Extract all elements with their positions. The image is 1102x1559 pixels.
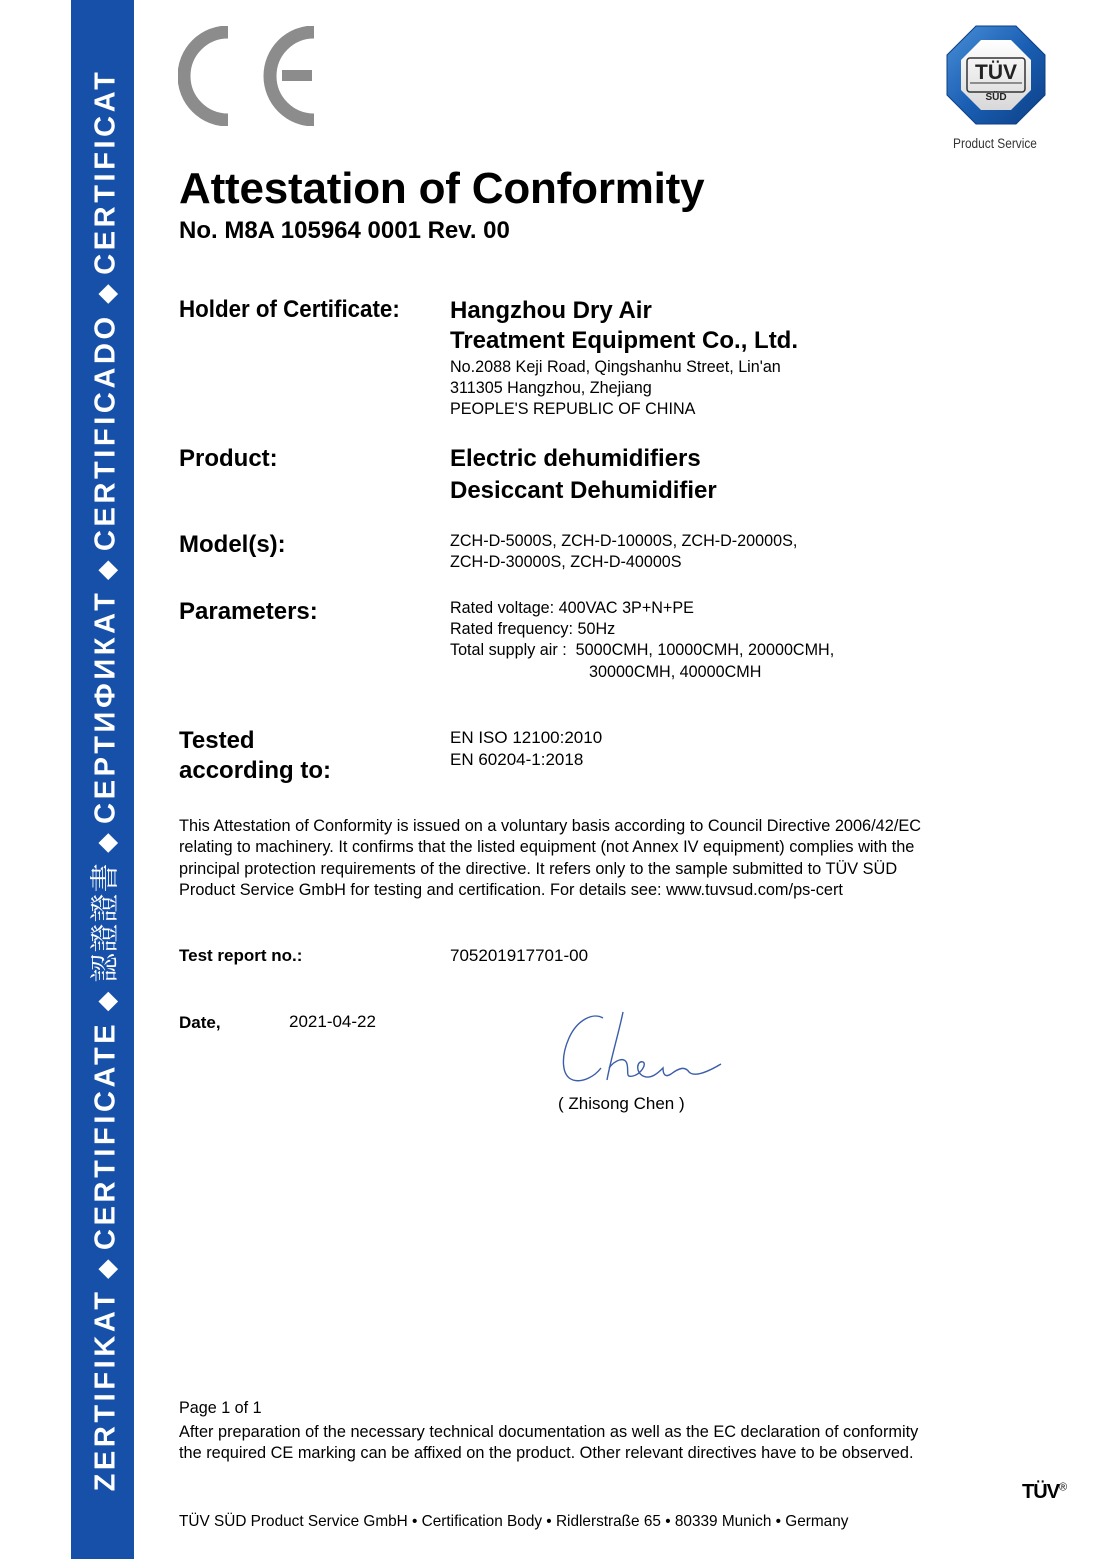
diamond-separator-icon: ◆ [93, 284, 120, 302]
diamond-separator-icon: ◆ [93, 561, 120, 579]
holder-address-line3: PEOPLE'S REPUBLIC OF CHINA [450, 398, 695, 419]
tested-label-line2: according to: [179, 757, 331, 785]
footer-tuv-logo: TÜV® [1022, 1481, 1067, 1504]
holder-address-line1: No.2088 Keji Road, Qingshanhu Street, Li… [450, 356, 781, 377]
parameters-supply-air: Total supply air : 5000CMH, 10000CMH, 20… [450, 639, 834, 660]
test-report-value: 705201917701-00 [450, 946, 588, 966]
models-line1: ZCH-D-5000S, ZCH-D-10000S, ZCH-D-20000S, [450, 530, 797, 551]
ce-mark-icon [178, 26, 316, 126]
holder-address-line2: 311305 Hangzhou, Zhejiang [450, 377, 652, 398]
sidebar-word: ZERTIFIKAT [89, 1288, 121, 1491]
product-label: Product: [179, 445, 278, 473]
date-value: 2021-04-22 [289, 1012, 376, 1032]
holder-name-line2: Treatment Equipment Co., Ltd. [450, 325, 798, 356]
page-title: Attestation of Conformity [179, 164, 704, 214]
parameters-supply-air-cont: 30000CMH, 40000CMH [589, 661, 761, 682]
date-label: Date, [179, 1013, 221, 1033]
product-line1: Electric dehumidifiers [450, 443, 701, 474]
footer-address: TÜV SÜD Product Service GmbH • Certifica… [179, 1513, 848, 1531]
diamond-separator-icon: ◆ [93, 992, 120, 1010]
tested-label-line1: Tested [179, 727, 255, 755]
diamond-separator-icon: ◆ [93, 833, 120, 851]
holder-name-line1: Hangzhou Dry Air [450, 295, 652, 326]
conformity-statement: This Attestation of Conformity is issued… [179, 815, 947, 900]
sidebar-word: CERTIFICAT [89, 68, 121, 274]
sidebar-word: CERTIFICATE [89, 1020, 121, 1249]
sidebar-word: СЕРТИФИКАТ [89, 589, 121, 823]
sidebar-word: 認證證書 [87, 862, 121, 982]
footer-note: After preparation of the necessary techn… [179, 1421, 937, 1464]
certificate-sidebar-band: ZERTIFIKAT◆CERTIFICATE◆認證證書◆СЕРТИФИКАТ◆C… [71, 0, 134, 1559]
certificate-number: No. M8A 105964 0001 Rev. 00 [179, 217, 510, 245]
signer-name: ( Zhisong Chen ) [558, 1094, 685, 1114]
parameters-frequency: Rated frequency: 50Hz [450, 618, 615, 639]
test-report-label: Test report no.: [179, 946, 302, 966]
product-line2: Desiccant Dehumidifier [450, 475, 717, 506]
svg-text:TÜV: TÜV [975, 61, 1017, 84]
diamond-separator-icon: ◆ [93, 1259, 120, 1277]
tuv-sud-logo-icon: TÜV SÜD [946, 25, 1046, 125]
signature-icon [555, 1008, 725, 1088]
parameters-label: Parameters: [179, 598, 318, 626]
standard-2: EN 60204-1:2018 [450, 749, 583, 770]
sidebar-multilingual-text: ZERTIFIKAT◆CERTIFICATE◆認證證書◆СЕРТИФИКАТ◆C… [82, 68, 123, 1491]
models-line2: ZCH-D-30000S, ZCH-D-40000S [450, 551, 682, 572]
models-label: Model(s): [179, 531, 286, 559]
page-number: Page 1 of 1 [179, 1398, 262, 1418]
parameters-voltage: Rated voltage: 400VAC 3P+N+PE [450, 597, 694, 618]
standard-1: EN ISO 12100:2010 [450, 727, 602, 748]
tuv-caption: Product Service [938, 136, 1052, 151]
sidebar-word: CERTIFICADO [89, 313, 121, 551]
holder-label: Holder of Certificate: [179, 296, 400, 324]
svg-text:SÜD: SÜD [985, 90, 1006, 103]
